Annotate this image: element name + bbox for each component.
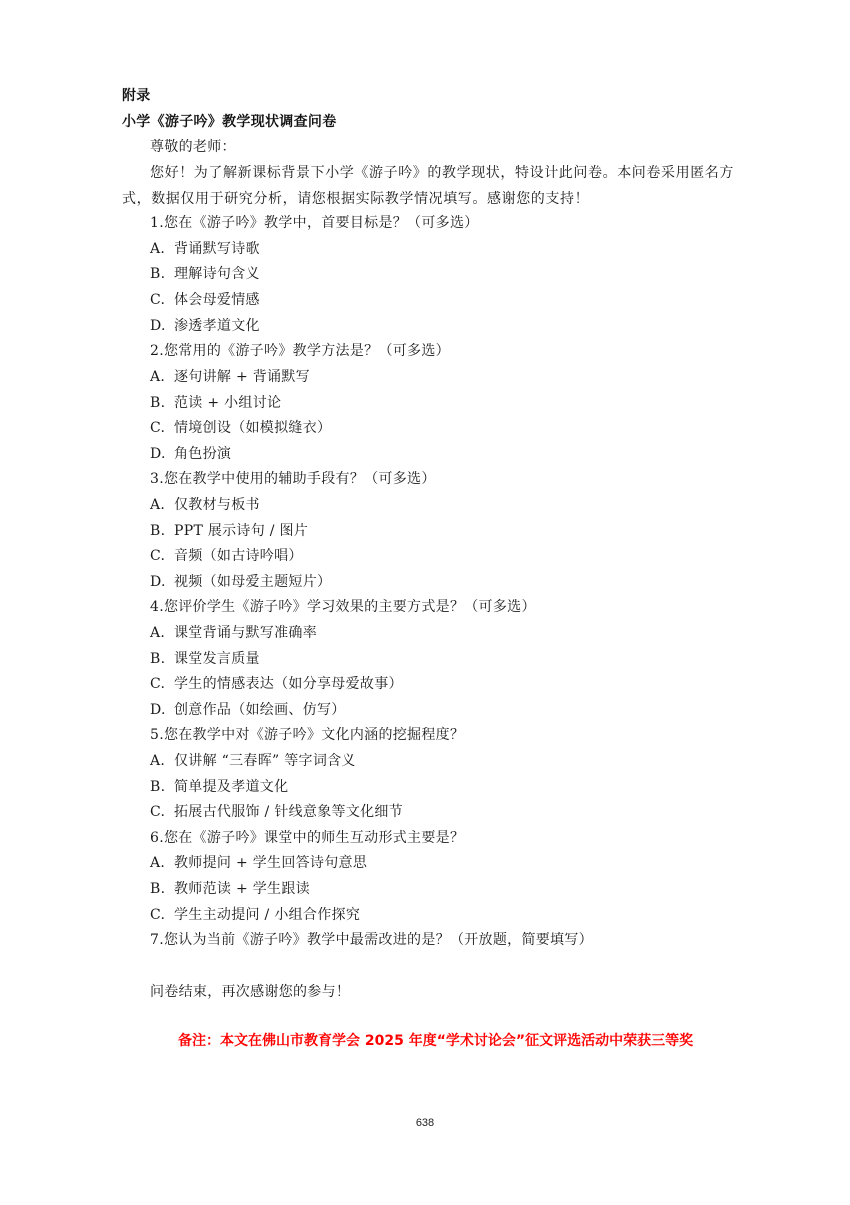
option-text: 体会母爱情感 [174,292,260,308]
intro-paragraph: 您好！为了解新课标背景下小学《游子吟》的教学现状，特设计此问卷。本问卷采用匿名方… [122,160,734,212]
document-page: 附录 小学《游子吟》教学现状调查问卷 尊敬的老师： 您好！为了解新课标背景下小学… [0,0,850,1205]
option-3a: A.仅教材与板书 [150,495,260,515]
option-letter: B. [150,264,174,284]
option-1c: C.体会母爱情感 [150,290,260,310]
option-3c: C.音频（如古诗吟唱） [150,546,303,566]
option-letter: C. [150,290,174,310]
option-text: 创意作品（如绘画、仿写） [174,702,346,718]
option-text: 范读 + 小组讨论 [174,395,281,411]
question-7: 7.您认为当前《游子吟》教学中最需改进的是？（开放题，简要填写） [150,930,593,950]
option-6b: B.教师范读 + 学生跟读 [150,879,310,899]
option-5b: B.简单提及孝道文化 [150,777,288,797]
closing-text: 问卷结束，再次感谢您的参与！ [150,982,350,1002]
option-6a: A.教师提问 + 学生回答诗句意思 [150,853,367,873]
option-3b: B.PPT 展示诗句 / 图片 [150,521,308,541]
option-text: 角色扮演 [174,446,231,462]
option-letter: B. [150,777,174,797]
option-letter: C. [150,802,174,822]
option-letter: A. [150,367,174,387]
option-text: 仅讲解 “三春晖” 等字词含义 [174,753,356,769]
option-text: 教师范读 + 学生跟读 [174,881,310,897]
survey-title: 小学《游子吟》教学现状调查问卷 [122,112,337,132]
option-text: 逐句讲解 + 背诵默写 [174,369,310,385]
option-1b: B.理解诗句含义 [150,264,260,284]
option-letter: C. [150,674,174,694]
option-4d: D.创意作品（如绘画、仿写） [150,700,346,720]
appendix-label: 附录 [122,86,151,106]
option-2b: B.范读 + 小组讨论 [150,393,281,413]
option-3d: D.视频（如母爱主题短片） [150,572,331,592]
option-letter: A. [150,495,174,515]
option-text: 教师提问 + 学生回答诗句意思 [174,855,367,871]
option-letter: B. [150,521,174,541]
option-5c: C.拓展古代服饰 / 针线意象等文化细节 [150,802,403,822]
option-text: 理解诗句含义 [174,266,260,282]
option-letter: D. [150,700,174,720]
option-2c: C.情境创设（如模拟缝衣） [150,418,331,438]
option-letter: D. [150,316,174,336]
option-6c: C.学生主动提问 / 小组合作探究 [150,905,360,925]
option-letter: C. [150,905,174,925]
option-text: 背诵默写诗歌 [174,241,260,257]
option-text: 课堂发言质量 [174,651,260,667]
option-letter: A. [150,239,174,259]
option-text: 简单提及孝道文化 [174,779,288,795]
option-text: 情境创设（如模拟缝衣） [174,420,331,436]
question-2: 2.您常用的《游子吟》教学方法是？（可多选） [150,341,450,361]
option-letter: B. [150,649,174,669]
option-letter: A. [150,623,174,643]
question-3: 3.您在教学中使用的辅助手段有？（可多选） [150,469,436,489]
salutation: 尊敬的老师： [150,137,236,157]
option-1d: D.渗透孝道文化 [150,316,260,336]
option-letter: C. [150,546,174,566]
option-text: 音频（如古诗吟唱） [174,548,303,564]
option-text: 拓展古代服饰 / 针线意象等文化细节 [174,804,403,820]
option-text: 视频（如母爱主题短片） [174,574,331,590]
option-4c: C.学生的情感表达（如分享母爱故事） [150,674,403,694]
option-letter: B. [150,879,174,899]
option-letter: A. [150,853,174,873]
option-2d: D.角色扮演 [150,444,231,464]
option-letter: D. [150,572,174,592]
page-number: 638 [0,1117,850,1129]
option-text: 课堂背诵与默写准确率 [174,625,317,641]
option-text: 渗透孝道文化 [174,318,260,334]
option-letter: C. [150,418,174,438]
option-text: PPT 展示诗句 / 图片 [174,523,308,539]
option-letter: A. [150,751,174,771]
option-text: 学生的情感表达（如分享母爱故事） [174,676,403,692]
option-text: 仅教材与板书 [174,497,260,513]
question-6: 6.您在《游子吟》课堂中的师生互动形式主要是？ [150,828,464,848]
option-4b: B.课堂发言质量 [150,649,260,669]
question-5: 5.您在教学中对《游子吟》文化内涵的挖掘程度？ [150,725,464,745]
option-1a: A.背诵默写诗歌 [150,239,260,259]
award-note: 备注：本文在佛山市教育学会 2025 年度“学术讨论会”征文评选活动中荣获三等奖 [178,1031,693,1051]
option-4a: A.课堂背诵与默写准确率 [150,623,317,643]
question-4: 4.您评价学生《游子吟》学习效果的主要方式是？（可多选） [150,597,536,617]
question-1: 1.您在《游子吟》教学中，首要目标是？（可多选） [150,213,479,233]
option-letter: B. [150,393,174,413]
option-text: 学生主动提问 / 小组合作探究 [174,907,360,923]
option-2a: A.逐句讲解 + 背诵默写 [150,367,310,387]
option-5a: A.仅讲解 “三春晖” 等字词含义 [150,751,356,771]
option-letter: D. [150,444,174,464]
